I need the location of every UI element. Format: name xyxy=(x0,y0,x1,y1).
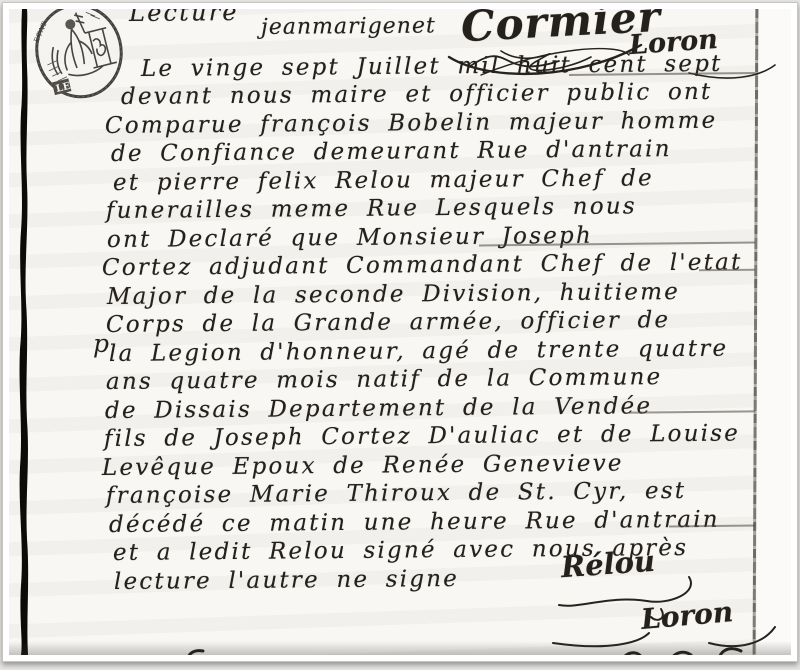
manuscript-line: Le vinge sept Juillet mil huit cent sept xyxy=(141,51,723,82)
document-scan: ETAT LE Lecture jeanmarigenet Cormier Lo… xyxy=(9,9,791,655)
manuscript-line: ans quatre mois natif de la Commune xyxy=(106,364,663,395)
manuscript-line: la Legion d'honneur, agé de trente quatr… xyxy=(109,336,729,367)
manuscript-line: fils de Joseph Cortez D'auliac et de Lou… xyxy=(104,420,740,452)
photo-frame: ETAT LE Lecture jeanmarigenet Cormier Lo… xyxy=(2,2,798,662)
pen-stroke xyxy=(669,525,755,528)
manuscript-line: Corps de la Grande armée, officier de xyxy=(106,307,671,338)
manuscript-line: de Dissais Departement de la Vendée xyxy=(105,393,652,424)
manuscript-line: de Confiance demeurant Rue d'antrain xyxy=(111,136,672,167)
official-stamp: ETAT LE xyxy=(22,9,135,111)
manuscript-line: lecture l'autre ne signe xyxy=(114,566,459,595)
pen-stroke xyxy=(629,410,755,413)
pen-stroke xyxy=(699,269,755,272)
manuscript-line: Levêque Epoux de Renée Genevieve xyxy=(102,450,624,481)
signature-jeanmarigenet: jeanmarigenet xyxy=(261,13,436,40)
next-entry-cutoff-stroke xyxy=(609,641,749,655)
scan-outer-margin xyxy=(757,9,791,655)
next-entry-cutoff-stroke xyxy=(159,645,219,655)
manuscript-line: funerailles meme Rue Lesquels nous xyxy=(106,193,637,224)
manuscript-line: ont Declaré que Monsieur Joseph xyxy=(107,223,593,253)
manuscript-line: devant nous maire et officier public ont xyxy=(121,79,713,110)
header-word-lecture: Lecture xyxy=(129,9,239,27)
manuscript-line: françoise Marie Thiroux de St. Cyr, est xyxy=(106,478,686,509)
manuscript-line: Comparue françois Bobelin majeur homme xyxy=(105,108,718,139)
manuscript-line: Major de la seconde Division, huitieme xyxy=(107,279,680,310)
binding-gutter-band xyxy=(16,9,32,655)
manuscript-line: décédé ce matin une heure Rue d'antrain xyxy=(109,507,720,538)
manuscript-line: Cortez adjudant Commandant Chef de l'eta… xyxy=(102,249,743,281)
manuscript-line: et pierre felix Relou majeur Chef de xyxy=(113,165,654,196)
